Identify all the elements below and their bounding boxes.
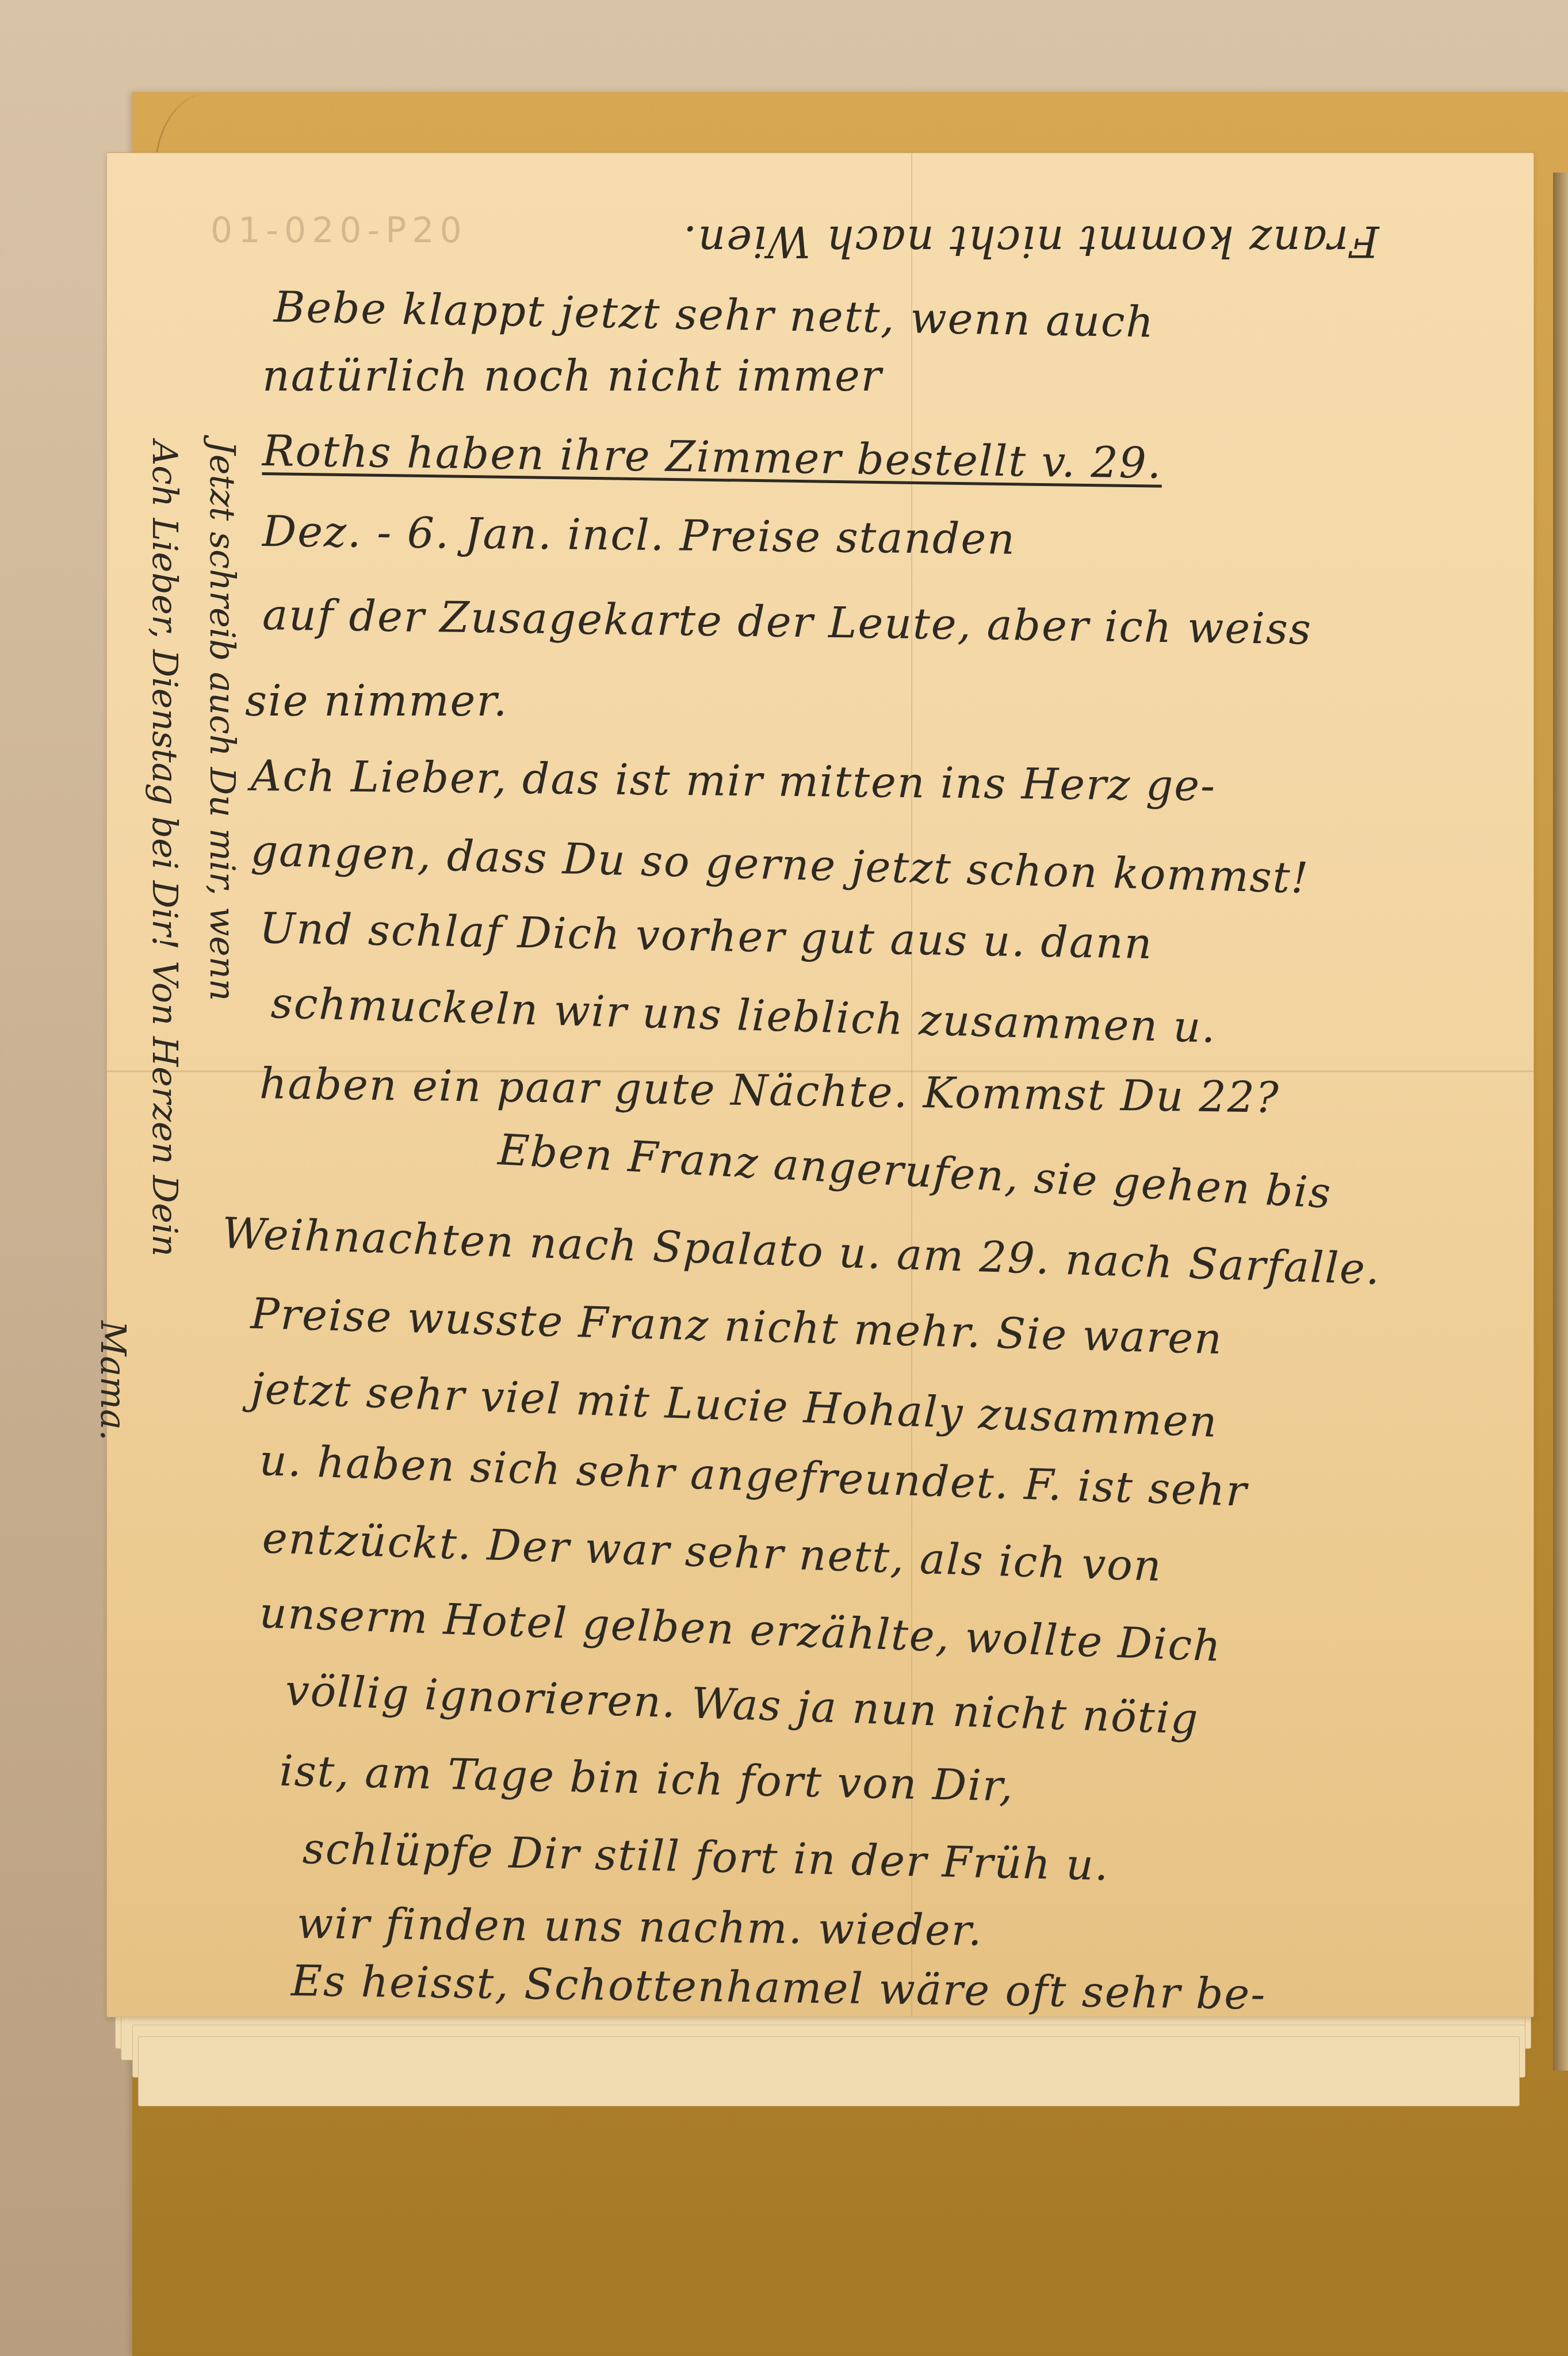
letter-line: völlig ignorieren. Was ja nun nicht nöti… xyxy=(285,1666,1200,1744)
letter-line: schlüpfe Dir still fort in der Früh u. xyxy=(302,1824,1110,1890)
letter-line: natürlich noch nicht immer xyxy=(262,351,882,401)
letter-line: Bebe klappt jetzt sehr nett, wenn auch xyxy=(273,282,1155,347)
letter-line: Preise wusste Franz nicht mehr. Sie ware… xyxy=(250,1289,1223,1364)
letter-line: Ach Lieber, das ist mir mitten ins Herz … xyxy=(251,751,1217,811)
upside-down-note: Franz kommt nicht nach Wien. xyxy=(682,216,1379,266)
archive-number: 01-020-P20 xyxy=(211,211,468,251)
adjacent-page-edge xyxy=(1553,173,1568,2071)
letter-line: Es heisst, Schottenhamel wäre oft sehr b… xyxy=(290,1956,1266,2020)
letter-line: ist, am Tage bin ich fort von Dir, xyxy=(279,1746,1015,1811)
letter-line: Roths haben ihre Zimmer bestellt v. 29. xyxy=(262,426,1162,488)
letter-line: Weihnachten nach Spalato u. am 29. nach … xyxy=(221,1208,1382,1294)
letter-line: sie nimmer. xyxy=(245,676,508,726)
letter-line: Dez. - 6. Jan. incl. Preise standen xyxy=(262,507,1016,564)
letter-line: Eben Franz angerufen, sie gehen bis xyxy=(497,1125,1333,1218)
letter-line: jetzt sehr viel mit Lucie Hohaly zusamme… xyxy=(250,1364,1218,1447)
letter-page: 01-020-P20 Franz kommt nicht nach Wien. … xyxy=(106,152,1534,2017)
margin-note-signature: Mama. xyxy=(93,1321,133,1441)
letter-line: gangen, dass Du so gerne jetzt schon kom… xyxy=(250,826,1310,903)
letter-line: unserm Hotel gelben erzählte, wollte Dic… xyxy=(258,1588,1222,1671)
letter-line: schmuckeln wir uns lieblich zusammen u. xyxy=(270,978,1217,1053)
letter-line: wir finden uns nachm. wieder. xyxy=(297,1899,983,1955)
letter-line: u. haben sich sehr angefreundet. F. ist … xyxy=(259,1436,1249,1516)
margin-note-line: Ach Lieber, Dienstag bei Dir! Von Herzen… xyxy=(144,441,185,1257)
letter-line: entzückt. Der war sehr nett, als ich von xyxy=(262,1513,1163,1591)
letter-line: auf der Zusagekarte der Leute, aber ich … xyxy=(262,590,1312,654)
paper-stack-layer xyxy=(138,2036,1520,2106)
letter-line: haben ein paar gute Nächte. Kommst Du 22… xyxy=(259,1059,1280,1123)
letter-line: Und schlaf Dich vorher gut aus u. dann xyxy=(259,904,1153,969)
margin-note-line: Jetzt schreib auch Du mir, wenn xyxy=(202,441,242,1001)
